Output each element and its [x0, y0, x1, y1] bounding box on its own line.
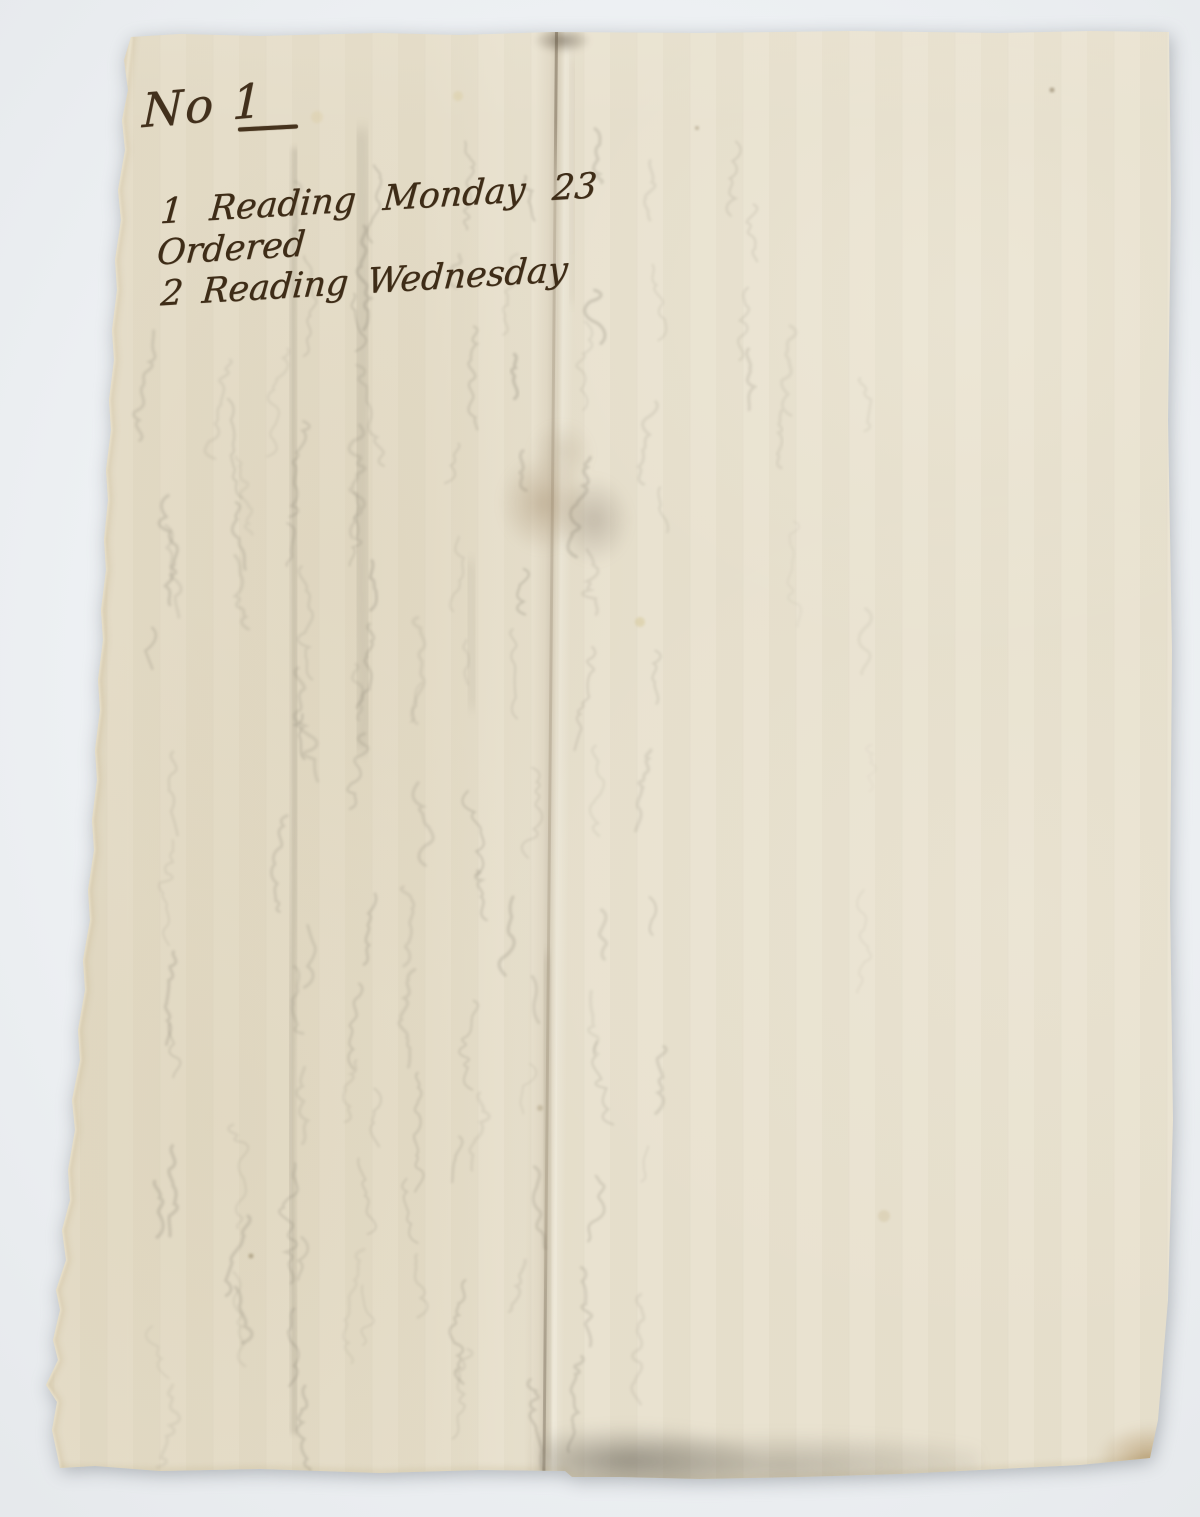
- paper-shadow: No 1 1 Reading Monday 23 Ordered 2 Readi…: [0, 0, 1200, 1517]
- docket-annotations: 1 Reading Monday 23 Ordered 2 Reading We…: [152, 166, 598, 316]
- photo-backdrop: No 1 1 Reading Monday 23 Ordered 2 Readi…: [0, 0, 1200, 1517]
- stain-center-fold: [492, 425, 642, 595]
- stain-bottom-right-corner: [1068, 1404, 1184, 1482]
- stain-bottom-smudge: [540, 1405, 980, 1489]
- document-paper: No 1 1 Reading Monday 23 Ordered 2 Readi…: [0, 0, 1200, 1517]
- stain-top-fold: [522, 26, 602, 62]
